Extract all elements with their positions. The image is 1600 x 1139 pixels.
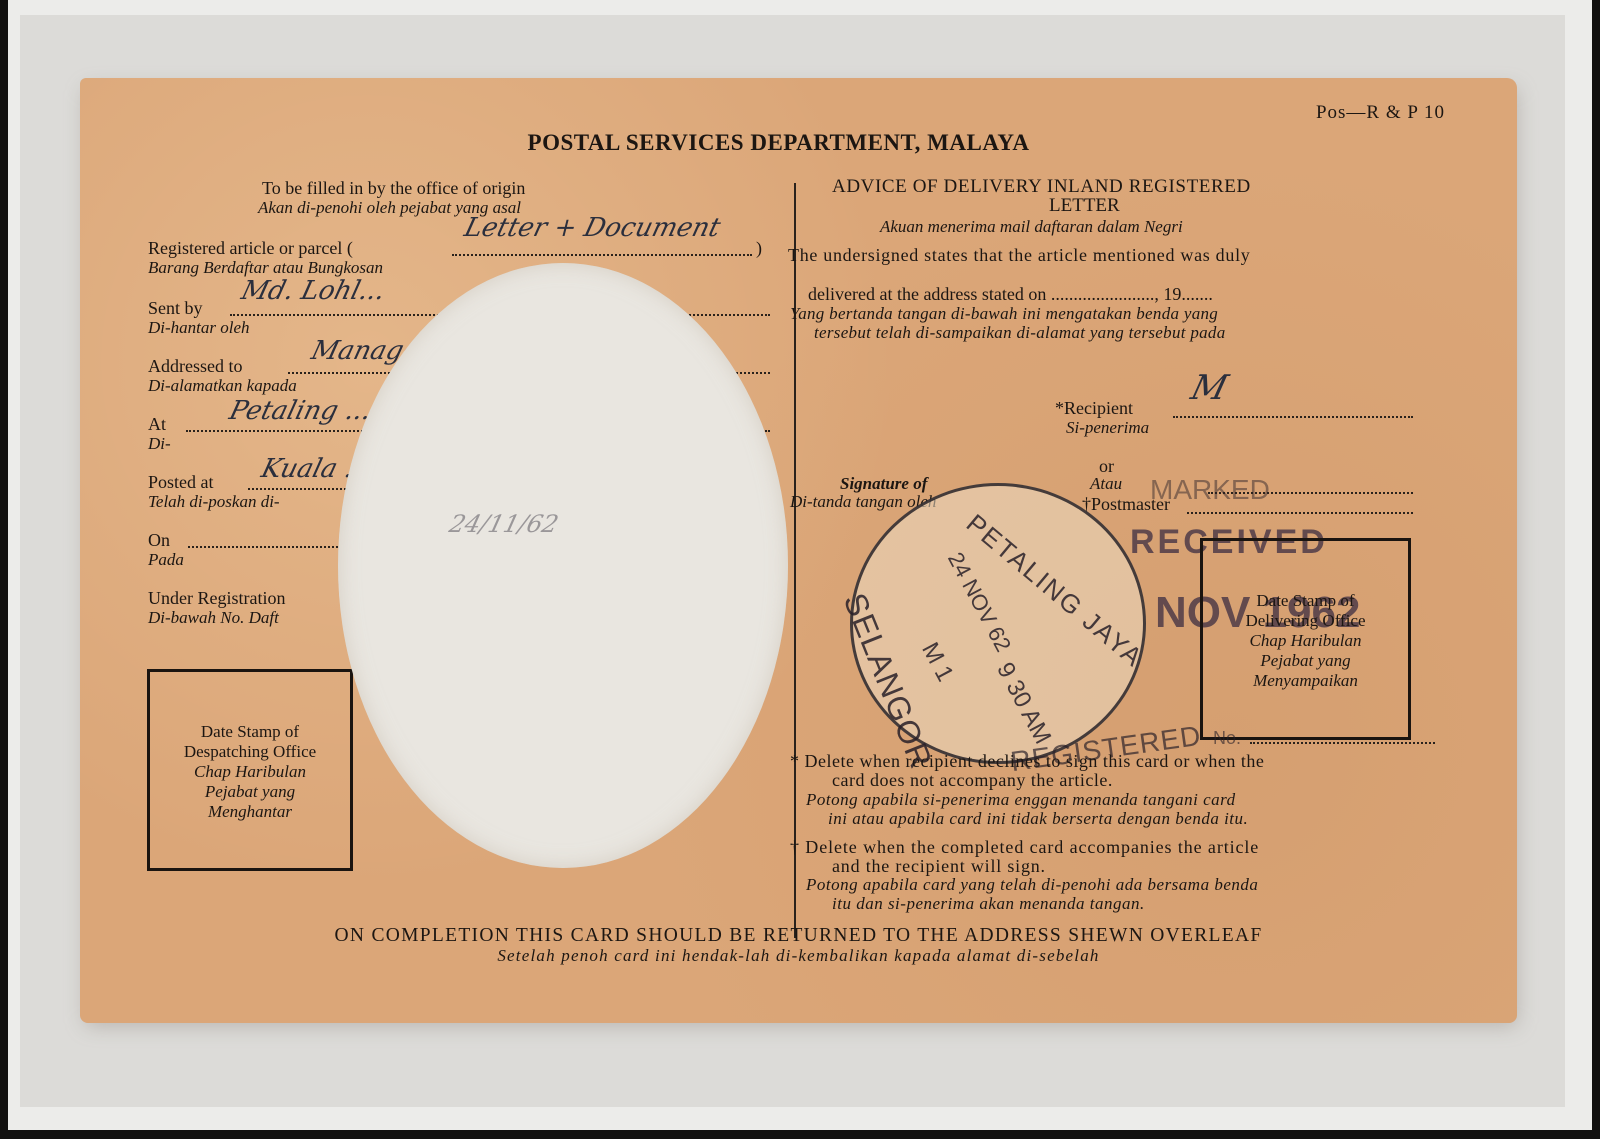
field-label-posted-at-ml: Telah di-poskan di-	[148, 492, 280, 512]
delivery-statement-ml-1: Yang bertanda tangan di-bawah ini mengat…	[790, 304, 1218, 324]
signature-label: Signature of	[840, 474, 927, 494]
handwritten-article: Letter + Document	[461, 213, 723, 243]
registered-no-line[interactable]	[1250, 742, 1435, 744]
note-1-en-a: * Delete when recipient declines to sign…	[790, 751, 1264, 772]
redacted-area	[338, 263, 788, 868]
delivery-heading: ADVICE OF DELIVERY INLAND REGISTERED	[832, 176, 1251, 198]
note-2-ml-b: itu dan si-penerima akan menanda tangan.	[832, 894, 1145, 914]
field-label-on-ml: Pada	[148, 550, 184, 570]
origin-heading: To be filled in by the office of origin	[262, 178, 525, 199]
despatching-stamp-line4: Pejabat yang	[150, 782, 350, 802]
field-line-article[interactable]	[452, 254, 752, 256]
delivery-heading-line2: LETTER	[1049, 195, 1120, 217]
delivering-stamp-line3: Chap Haribulan	[1203, 631, 1408, 651]
delivering-stamp-box: Date Stamp of Delivering Office Chap Har…	[1200, 538, 1411, 740]
note-1-en-b: card does not accompany the article.	[832, 770, 1113, 791]
department-title: POSTAL SERVICES DEPARTMENT, MALAYA	[80, 130, 1517, 156]
delivering-stamp-line1: Date Stamp of	[1203, 591, 1408, 611]
delivering-stamp-line4: Pejabat yang	[1203, 651, 1408, 671]
postal-card: Pos—R & P 10 POSTAL SERVICES DEPARTMENT,…	[80, 78, 1517, 1023]
despatching-stamp-line5: Menghantar	[150, 802, 350, 822]
field-label-article: Registered article or parcel (	[148, 238, 353, 259]
delivering-stamp-line2: Delivering Office	[1203, 611, 1408, 631]
despatching-stamp-line3: Chap Haribulan	[150, 762, 350, 782]
field-label-sent-by: Sent by	[148, 298, 203, 319]
despatching-stamp-line2: Despatching Office	[150, 742, 350, 762]
form-number: Pos—R & P 10	[1316, 102, 1445, 124]
note-2-en-b: and the recipient will sign.	[832, 856, 1046, 877]
marked-stamp-text: MARKED	[1150, 474, 1270, 506]
field-label-article-ml: Barang Berdaftar atau Bungkosan	[148, 258, 383, 278]
handwritten-date: 24/11/62	[447, 510, 562, 538]
registered-no-label: No.	[1213, 728, 1241, 749]
field-label-registration-ml: Di-bawah No. Daft	[148, 608, 279, 628]
title-text: POSTAL SERVICES DEPARTMENT, MALAYA	[528, 130, 1030, 155]
field-article-close: )	[756, 238, 762, 259]
field-label-addressed-to-ml: Di-alamatkan kapada	[148, 376, 297, 396]
field-label-sent-by-ml: Di-hantar oleh	[148, 318, 250, 338]
note-2-en-a: † Delete when the completed card accompa…	[790, 837, 1259, 858]
field-label-posted-at: Posted at	[148, 472, 214, 493]
note-1-ml-a: Potong apabila si-penerima enggan menand…	[806, 790, 1236, 810]
despatching-stamp-box: Date Stamp of Despatching Office Chap Ha…	[147, 669, 353, 871]
signature-line-2[interactable]	[1187, 512, 1413, 514]
field-label-addressed-to: Addressed to	[148, 356, 242, 377]
field-label-on: On	[148, 530, 170, 551]
note-1-ml-b: ini atau apabila card ini tidak berserta…	[828, 809, 1248, 829]
field-label-registration: Under Registration	[148, 588, 285, 609]
handwritten-sender: Md. Lohl...	[238, 276, 388, 306]
or-label-ml: Atau	[1090, 474, 1122, 494]
recipient-signature-line[interactable]	[1173, 416, 1413, 418]
column-divider	[794, 183, 796, 938]
field-label-at: At	[148, 414, 166, 435]
delivering-stamp-line5: Menyampaikan	[1203, 671, 1408, 691]
delivery-statement-2: delivered at the address stated on .....…	[808, 284, 1213, 305]
field-label-at-ml: Di-	[148, 434, 171, 454]
note-2-ml-a: Potong apabila card yang telah di-penohi…	[806, 875, 1258, 895]
recipient-label-ml: Si-penerima	[1066, 418, 1149, 438]
delivery-statement-ml-2: tersebut telah di-sampaikan di-alamat ya…	[814, 323, 1226, 343]
recipient-signature: M	[1187, 368, 1232, 408]
footer-instruction: ON COMPLETION THIS CARD SHOULD BE RETURN…	[80, 925, 1517, 947]
footer-instruction-ml: Setelah penoh card ini hendak-lah di-kem…	[80, 946, 1517, 966]
delivery-statement-1: The undersigned states that the article …	[788, 245, 1250, 266]
recipient-label: *Recipient	[1055, 398, 1133, 419]
despatching-stamp-line1: Date Stamp of	[150, 722, 350, 742]
delivery-heading-ml: Akuan menerima mail daftaran dalam Negri	[880, 217, 1183, 237]
